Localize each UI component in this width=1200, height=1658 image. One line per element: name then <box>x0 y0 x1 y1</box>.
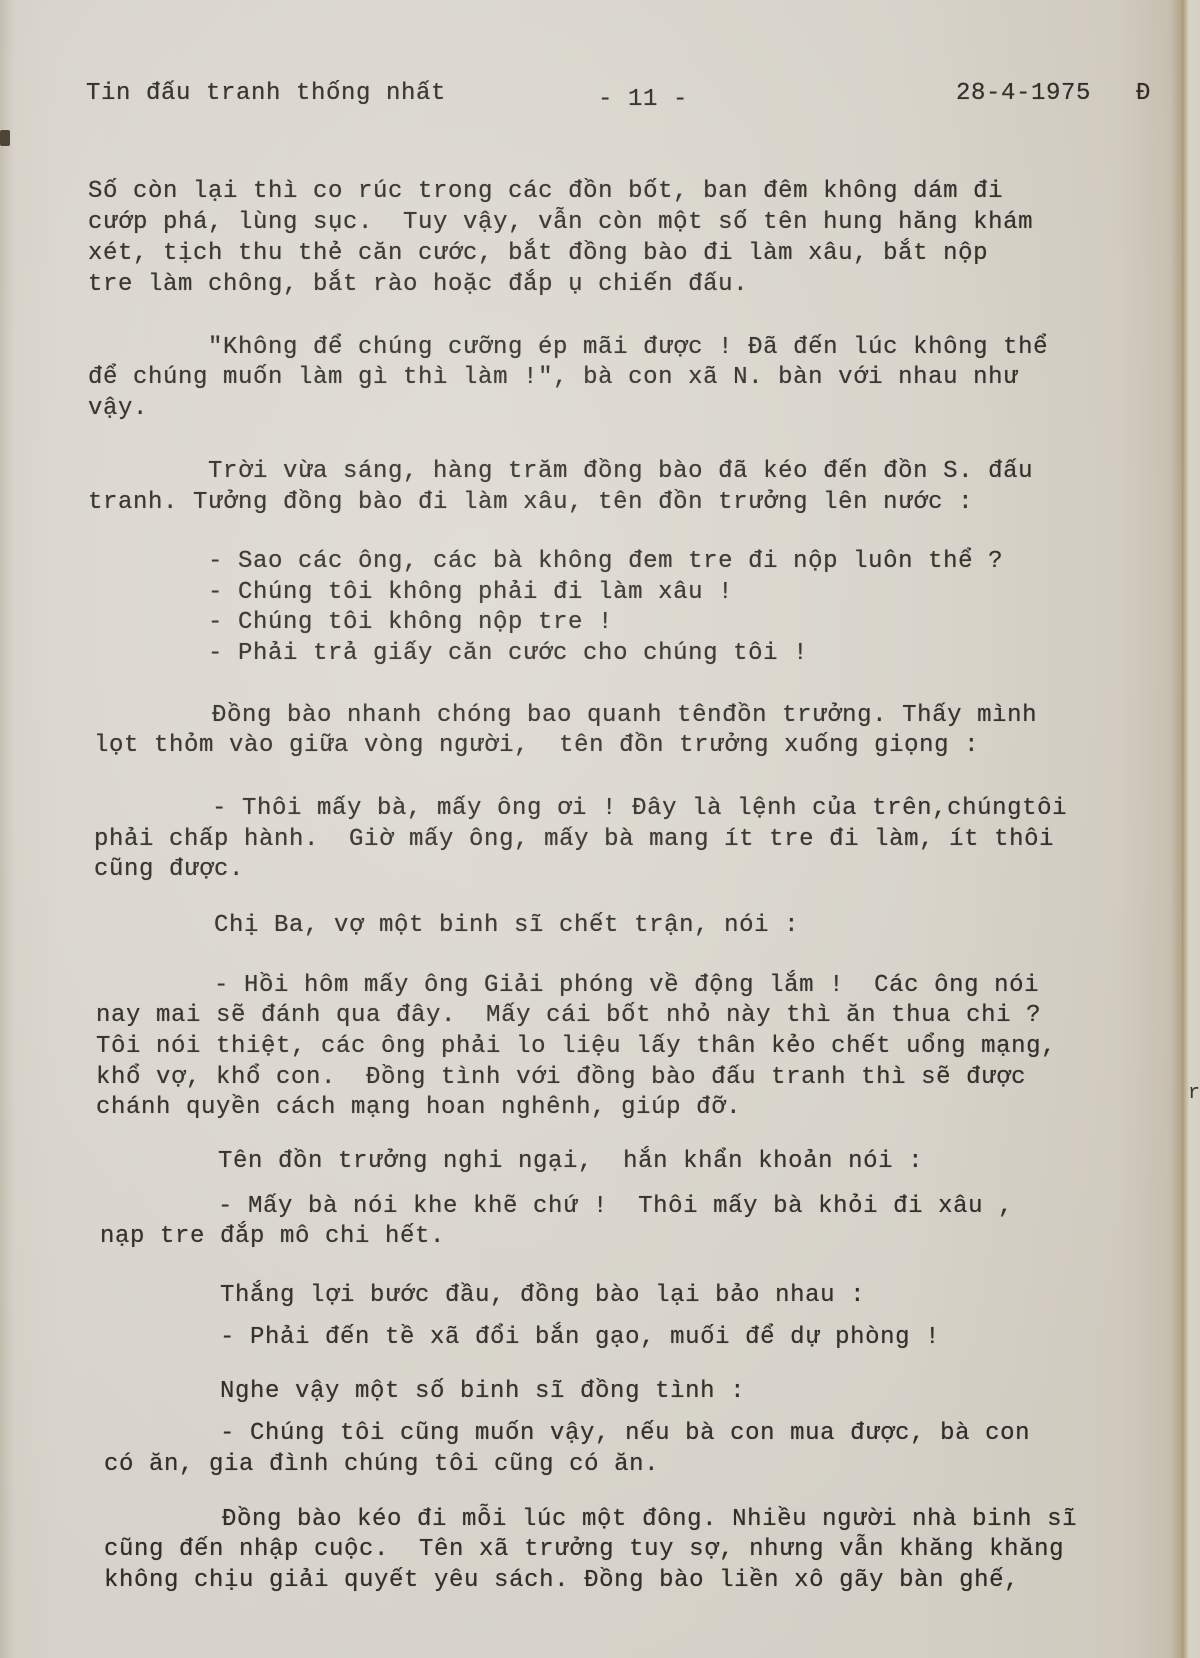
text-line: Tôi nói thiệt, các ông phải lo liệu lấy … <box>96 1033 1056 1060</box>
text-line: - Hồi hôm mấy ông Giải phóng về động lắm… <box>214 972 1039 999</box>
text-line: không chịu giải quyết yêu sách. Đồng bào… <box>104 1567 1019 1594</box>
binding-hole-mark <box>0 130 10 146</box>
text-line: - Thôi mấy bà, mấy ông ơi ! Đây là lệnh … <box>212 795 1067 822</box>
text-line: lọt thỏm vào giữa vòng người, tên đồn tr… <box>94 732 979 759</box>
header-mark: Đ <box>1136 80 1151 107</box>
header-publication-title: Tin đấu tranh thống nhất <box>86 80 446 107</box>
text-line: - Chúng tôi cũng muốn vậy, nếu bà con mu… <box>220 1420 1030 1447</box>
text-line: cũng được. <box>94 856 244 883</box>
text-line: chánh quyền cách mạng hoan nghênh, giúp … <box>96 1094 741 1121</box>
text-line: để chúng muốn làm gì thì làm !", bà con … <box>88 364 1018 391</box>
text-line: - Chúng tôi không nộp tre ! <box>208 609 613 636</box>
header-date: 28-4-1975 <box>956 80 1091 107</box>
text-line: "Không để chúng cưỡng ép mãi được ! Đã đ… <box>208 334 1048 361</box>
text-line: Đồng bào nhanh chóng bao quanh tênđồn tr… <box>212 702 1037 729</box>
text-line: cướp phá, lùng sục. Tuy vậy, vẫn còn một… <box>88 209 1033 236</box>
text-line: phải chấp hành. Giờ mấy ông, mấy bà mang… <box>94 826 1054 853</box>
text-line: Đồng bào kéo đi mỗi lúc một đông. Nhiều … <box>222 1506 1077 1533</box>
text-line: tranh. Tưởng đồng bào đi làm xâu, tên đồ… <box>88 489 973 516</box>
text-line: vậy. <box>88 395 148 422</box>
text-line: tre làm chông, bắt rào hoặc đắp ụ chiến … <box>88 271 748 298</box>
text-line: - Phải đến tề xã đổi bắn gạo, muối để dự… <box>220 1324 940 1351</box>
header-page-number: - 11 - <box>598 86 688 113</box>
text-line: xét, tịch thu thẻ căn cước, bắt đồng bào… <box>88 240 988 267</box>
text-line: - Phải trả giấy căn cước cho chúng tôi ! <box>208 640 808 667</box>
next-sheet-edge-text: r <box>1188 1082 1200 1105</box>
text-line: Chị Ba, vợ một binh sĩ chết trận, nói : <box>214 912 799 939</box>
text-line: cũng đến nhập cuộc. Tên xã trưởng tuy sợ… <box>104 1536 1064 1563</box>
text-line: Tên đồn trưởng nghi ngại, hắn khẩn khoản… <box>218 1148 923 1175</box>
page-edge-next-sheet <box>1182 0 1200 1658</box>
text-line: có ăn, gia đình chúng tôi cũng có ăn. <box>104 1451 659 1478</box>
text-line: Nghe vậy một số binh sĩ đồng tình : <box>220 1378 745 1405</box>
text-line: - Mấy bà nói khe khẽ chứ ! Thôi mấy bà k… <box>218 1193 1013 1220</box>
text-line: Thắng lợi bước đầu, đồng bào lại bảo nha… <box>220 1282 865 1309</box>
text-line: nay mai sẽ đánh qua đây. Mấy cái bốt nhỏ… <box>96 1002 1041 1029</box>
typewritten-page: Tin đấu tranh thống nhất - 11 - 28-4-197… <box>0 0 1182 1658</box>
text-line: Trời vừa sáng, hàng trăm đồng bào đã kéo… <box>208 458 1033 485</box>
text-line: Số còn lại thì co rúc trong các đồn bốt,… <box>88 178 1003 205</box>
text-line: khổ vợ, khổ con. Đồng tình với đồng bào … <box>96 1064 1026 1091</box>
text-line: - Sao các ông, các bà không đem tre đi n… <box>208 548 1003 575</box>
text-line: - Chúng tôi không phải đi làm xâu ! <box>208 579 733 606</box>
text-line: nạp tre đắp mô chi hết. <box>100 1223 445 1250</box>
